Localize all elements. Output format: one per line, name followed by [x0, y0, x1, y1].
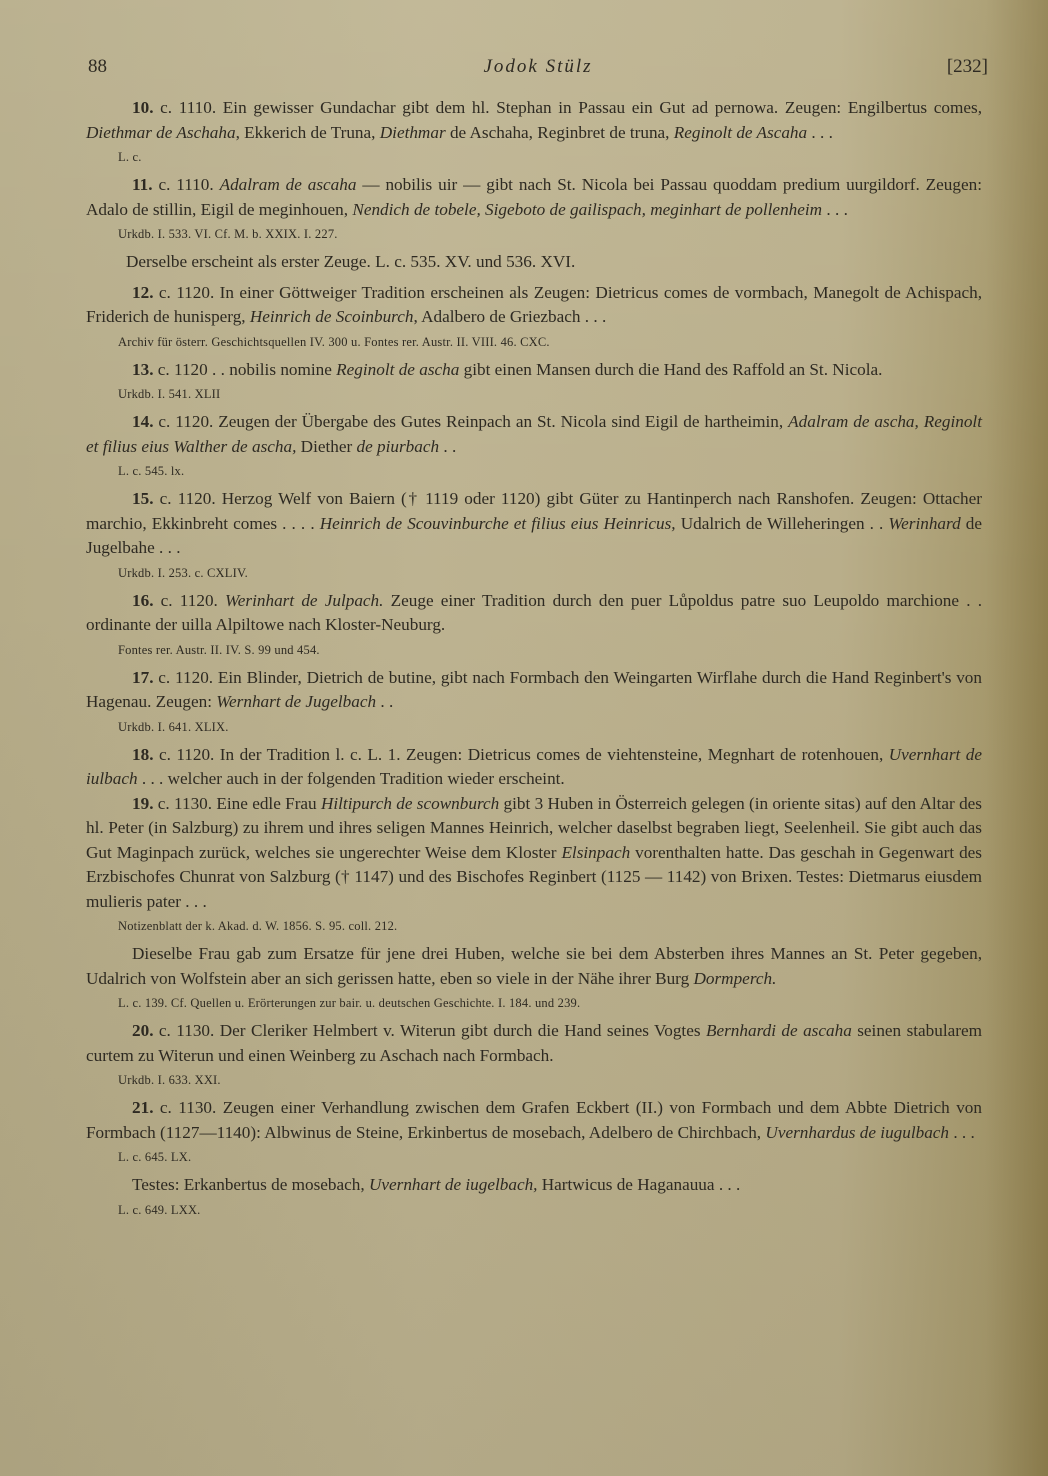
document-entry: Testes: Erkanbertus de mosebach, Uvernha…: [86, 1173, 982, 1220]
source-citation: L. c. 649. LXX.: [86, 1200, 982, 1220]
text-run: c. 1130. Der Cleriker Helmbert v. Witeru…: [153, 1021, 705, 1040]
entry-number: 21.: [132, 1098, 153, 1117]
document-entry: 13. c. 1120 . . nobilis nomine Reginolt …: [86, 358, 982, 405]
document-entry: 21. c. 1130. Zeugen einer Verhandlung zw…: [86, 1096, 982, 1167]
page-header: 88 Jodok Stülz [232]: [88, 56, 988, 86]
entry-paragraph: 21. c. 1130. Zeugen einer Verhandlung zw…: [86, 1096, 982, 1145]
document-entry: 17. c. 1120. Ein Blinder, Dietrich de bu…: [86, 666, 982, 737]
entry-paragraph: 19. c. 1130. Eine edle Frau Hiltipurch d…: [86, 792, 982, 915]
entry-number: 16.: [132, 591, 153, 610]
entry-number: 10.: [132, 98, 153, 117]
text-run: Dieselbe Frau gab zum Ersatze für jene d…: [86, 944, 982, 988]
text-run: , Ekkerich de Truna,: [236, 123, 380, 142]
text-run: . . .: [807, 123, 833, 142]
entry-paragraph: 11. c. 1110. Adalram de ascaha — nobilis…: [86, 173, 982, 222]
document-entry: 14. c. 1120. Zeugen der Übergabe des Gut…: [86, 410, 982, 481]
document-entry: 15. c. 1120. Herzog Welf von Baiern († 1…: [86, 487, 982, 583]
italic-name: Wernhart de Jugelbach: [216, 692, 376, 711]
entry-number: 17.: [132, 668, 153, 687]
text-run: c. 1120.: [153, 591, 225, 610]
document-entry: 10. c. 1110. Ein gewisser Gundachar gibt…: [86, 96, 982, 167]
source-citation: Urkdb. I. 641. XLIX.: [86, 717, 982, 737]
italic-name: Heinrich de Scouvinburche et filius eius…: [320, 514, 676, 533]
source-citation: Urkdb. I. 633. XXI.: [86, 1070, 982, 1090]
text-run: , Adalbero de Griezbach . . .: [413, 307, 606, 326]
entry-paragraph: 12. c. 1120. In einer Göttweiger Traditi…: [86, 281, 982, 330]
text-run: c. 1110.: [153, 175, 220, 194]
document-entry: 12. c. 1120. In einer Göttweiger Traditi…: [86, 281, 982, 352]
entry-paragraph: 15. c. 1120. Herzog Welf von Baiern († 1…: [86, 487, 982, 561]
page-body: 10. c. 1110. Ein gewisser Gundachar gibt…: [86, 96, 982, 1226]
entry-paragraph: 20. c. 1130. Der Cleriker Helmbert v. Wi…: [86, 1019, 982, 1068]
text-run: . . . welcher auch in der folgenden Trad…: [138, 769, 565, 788]
entry-paragraph: Dieselbe Frau gab zum Ersatze für jene d…: [86, 942, 982, 991]
section-number: [232]: [947, 56, 988, 78]
running-title: Jodok Stülz: [88, 56, 988, 78]
entry-number: 11.: [132, 175, 153, 194]
entry-paragraph: 10. c. 1110. Ein gewisser Gundachar gibt…: [86, 96, 982, 145]
italic-name: Hiltipurch de scownburch: [321, 794, 499, 813]
italic-name: Nendich de tobele, Sigeboto de gailispac…: [352, 200, 822, 219]
italic-name: de piurbach: [357, 437, 440, 456]
source-citation: Urkdb. I. 253. c. CXLIV.: [86, 563, 982, 583]
entry-paragraph: 18. c. 1120. In der Tradition l. c. L. 1…: [86, 743, 982, 792]
entry-number: 13.: [132, 360, 153, 379]
entry-paragraph: 17. c. 1120. Ein Blinder, Dietrich de bu…: [86, 666, 982, 715]
italic-name: Bernhardi de ascaha: [706, 1021, 852, 1040]
text-run: c. 1120. Zeugen der Übergabe des Gutes R…: [153, 412, 788, 431]
entry-number: 19.: [132, 794, 153, 813]
italic-name: Dormperch.: [693, 969, 776, 988]
document-entry: 18. c. 1120. In der Tradition l. c. L. 1…: [86, 743, 982, 792]
text-run: gibt einen Mansen durch die Hand des Raf…: [459, 360, 882, 379]
text-run: c. 1120 . . nobilis nomine: [153, 360, 336, 379]
entry-number: 15.: [132, 489, 153, 508]
entry-number: 12.: [132, 283, 153, 302]
source-citation: L. c.: [86, 147, 982, 167]
text-run: Hartwicus de Haganauua . . .: [537, 1175, 740, 1194]
entry-number: 14.: [132, 412, 153, 431]
document-entry: 19. c. 1130. Eine edle Frau Hiltipurch d…: [86, 792, 982, 937]
text-run: c. 1120. In der Tradition l. c. L. 1. Ze…: [153, 745, 888, 764]
entry-paragraph: 14. c. 1120. Zeugen der Übergabe des Gut…: [86, 410, 982, 459]
document-entry: 11. c. 1110. Adalram de ascaha — nobilis…: [86, 173, 982, 275]
italic-name: Diethmar: [380, 123, 446, 142]
italic-name: Werinhart de Julpach.: [225, 591, 383, 610]
italic-name: Uvernhardus de iugulbach: [765, 1123, 949, 1142]
entry-paragraph: 16. c. 1120. Werinhart de Julpach. Zeuge…: [86, 589, 982, 638]
source-citation: L. c. 545. lx.: [86, 461, 982, 481]
text-run: . . .: [949, 1123, 975, 1142]
italic-name: Elsinpach: [561, 843, 630, 862]
source-citation: L. c. 645. LX.: [86, 1147, 982, 1167]
text-run: Udalrich de Willeheringen . .: [676, 514, 889, 533]
italic-name: Reginolt de ascha: [336, 360, 459, 379]
entry-note: Derselbe erscheint als erster Zeuge. L. …: [126, 250, 982, 275]
text-run: c. 1130. Eine edle Frau: [153, 794, 320, 813]
text-run: . .: [439, 437, 456, 456]
italic-name: Uvernhart de iugelbach,: [369, 1175, 538, 1194]
entry-paragraph: Testes: Erkanbertus de mosebach, Uvernha…: [86, 1173, 982, 1198]
italic-name: Heinrich de Scoinburch: [250, 307, 414, 326]
italic-name: Reginolt de Ascaha: [674, 123, 807, 142]
text-run: c. 1110. Ein gewisser Gundachar gibt dem…: [153, 98, 982, 117]
entry-paragraph: 13. c. 1120 . . nobilis nomine Reginolt …: [86, 358, 982, 383]
source-citation: Archiv für österr. Geschichtsquellen IV.…: [86, 332, 982, 352]
italic-name: Adalram de ascaha: [220, 175, 357, 194]
source-citation: Fontes rer. Austr. II. IV. S. 99 und 454…: [86, 640, 982, 660]
text-run: Diether: [296, 437, 356, 456]
source-citation: Urkdb. I. 533. VI. Cf. M. b. XXIX. I. 22…: [86, 224, 982, 244]
text-run: Testes: Erkanbertus de mosebach,: [132, 1175, 369, 1194]
italic-name: Werinhard: [888, 514, 960, 533]
document-entry: Dieselbe Frau gab zum Ersatze für jene d…: [86, 942, 982, 1013]
text-run: . . .: [822, 200, 848, 219]
source-citation: L. c. 139. Cf. Quellen u. Erörterungen z…: [86, 993, 982, 1013]
document-entry: 16. c. 1120. Werinhart de Julpach. Zeuge…: [86, 589, 982, 660]
entry-number: 18.: [132, 745, 153, 764]
text-run: de Aschaha, Reginbret de truna,: [446, 123, 674, 142]
document-entry: 20. c. 1130. Der Cleriker Helmbert v. Wi…: [86, 1019, 982, 1090]
source-citation: Notizenblatt der k. Akad. d. W. 1856. S.…: [86, 916, 982, 936]
text-run: . .: [376, 692, 393, 711]
entry-number: 20.: [132, 1021, 153, 1040]
italic-name: Diethmar de Aschaha: [86, 123, 236, 142]
source-citation: Urkdb. I. 541. XLII: [86, 384, 982, 404]
